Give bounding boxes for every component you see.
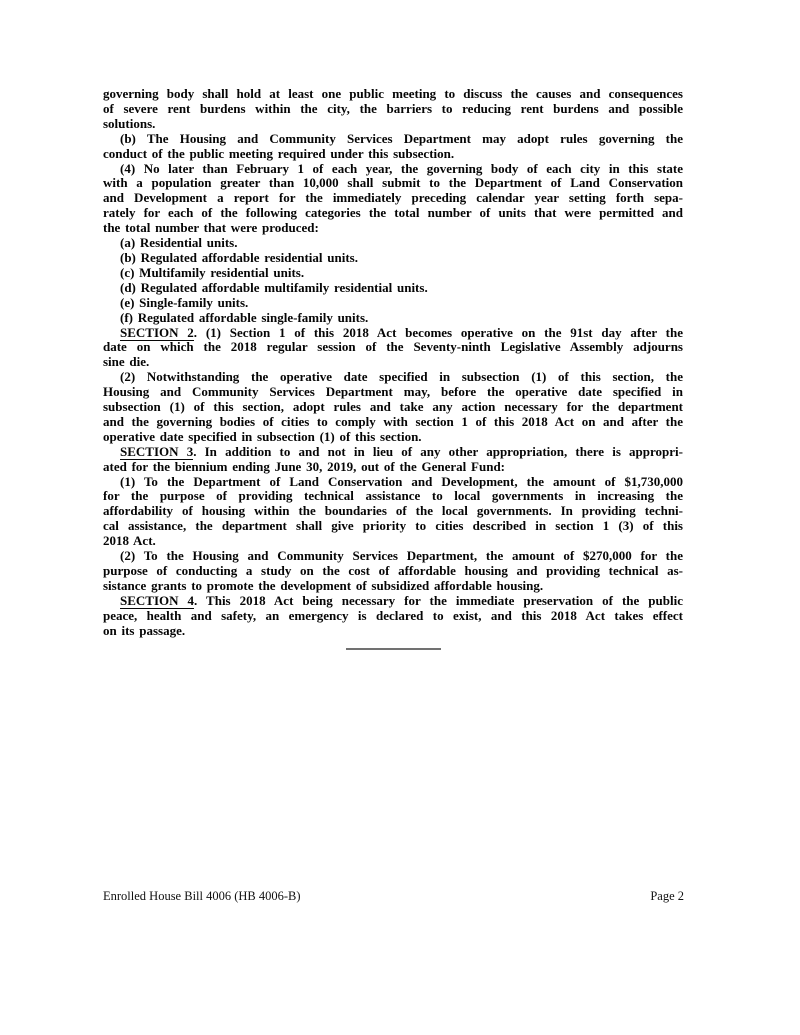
footer-page-number: Page 2 <box>650 889 684 904</box>
text-line: 2018 Act. <box>103 534 683 549</box>
footer-bill-title: Enrolled House Bill 4006 (HB 4006-B) <box>103 889 301 904</box>
section-heading: SECTION 4 <box>120 593 194 610</box>
bill-page: governing body shall hold at least one p… <box>0 0 800 1035</box>
text-line: (2) Notwithstanding the operative date s… <box>103 370 683 385</box>
text-line: rately for each of the following categor… <box>103 206 683 221</box>
text-line: purpose of conducting a study on the cos… <box>103 564 683 579</box>
section-heading: SECTION 3 <box>120 444 193 461</box>
page-footer: Enrolled House Bill 4006 (HB 4006-B) Pag… <box>103 889 684 904</box>
text-line: ated for the biennium ending June 30, 20… <box>103 460 683 475</box>
text-line: on its passage. <box>103 624 683 639</box>
text-line: SECTION 2. (1) Section 1 of this 2018 Ac… <box>103 326 683 341</box>
text-line: (2) To the Housing and Community Service… <box>103 549 683 564</box>
text-line: SECTION 3. In addition to and not in lie… <box>103 445 683 460</box>
text-line: and Development a report for the immedia… <box>103 191 683 206</box>
text-line: Housing and Community Services Departmen… <box>103 385 683 400</box>
text-line: peace, health and safety, an emergency i… <box>103 609 683 624</box>
text-line: solutions. <box>103 117 683 132</box>
text-line: cal assistance, the department shall giv… <box>103 519 683 534</box>
text-line: of severe rent burdens within the city, … <box>103 102 683 117</box>
text-line: (1) To the Department of Land Conservati… <box>103 475 683 490</box>
text-line: governing body shall hold at least one p… <box>103 87 683 102</box>
text-line: with a population greater than 10,000 sh… <box>103 176 683 191</box>
text-line: (b) The Housing and Community Services D… <box>103 132 683 147</box>
text-line: subsection (1) of this section, adopt ru… <box>103 400 683 415</box>
text-line: (b) Regulated affordable residential uni… <box>103 251 683 266</box>
text-line: sine die. <box>103 355 683 370</box>
text-line: (4) No later than February 1 of each yea… <box>103 162 683 177</box>
text-line: and the governing bodies of cities to co… <box>103 415 683 430</box>
text-line: for the purpose of providing technical a… <box>103 489 683 504</box>
text-line: sistance grants to promote the developme… <box>103 579 683 594</box>
text-line: date on which the 2018 regular session o… <box>103 340 683 355</box>
text-line: conduct of the public meeting required u… <box>103 147 683 162</box>
text-line: (d) Regulated affordable multifamily res… <box>103 281 683 296</box>
text-line: (c) Multifamily residential units. <box>103 266 683 281</box>
text-line: affordability of housing within the boun… <box>103 504 683 519</box>
end-of-text-rule <box>346 648 441 650</box>
text-line: (f) Regulated affordable single-family u… <box>103 311 683 326</box>
document-body: governing body shall hold at least one p… <box>103 87 683 639</box>
text-line: (a) Residential units. <box>103 236 683 251</box>
text-line: (e) Single-family units. <box>103 296 683 311</box>
text-line: the total number that were produced: <box>103 221 683 236</box>
text-line: operative date specified in subsection (… <box>103 430 683 445</box>
text-line: SECTION 4. This 2018 Act being necessary… <box>103 594 683 609</box>
